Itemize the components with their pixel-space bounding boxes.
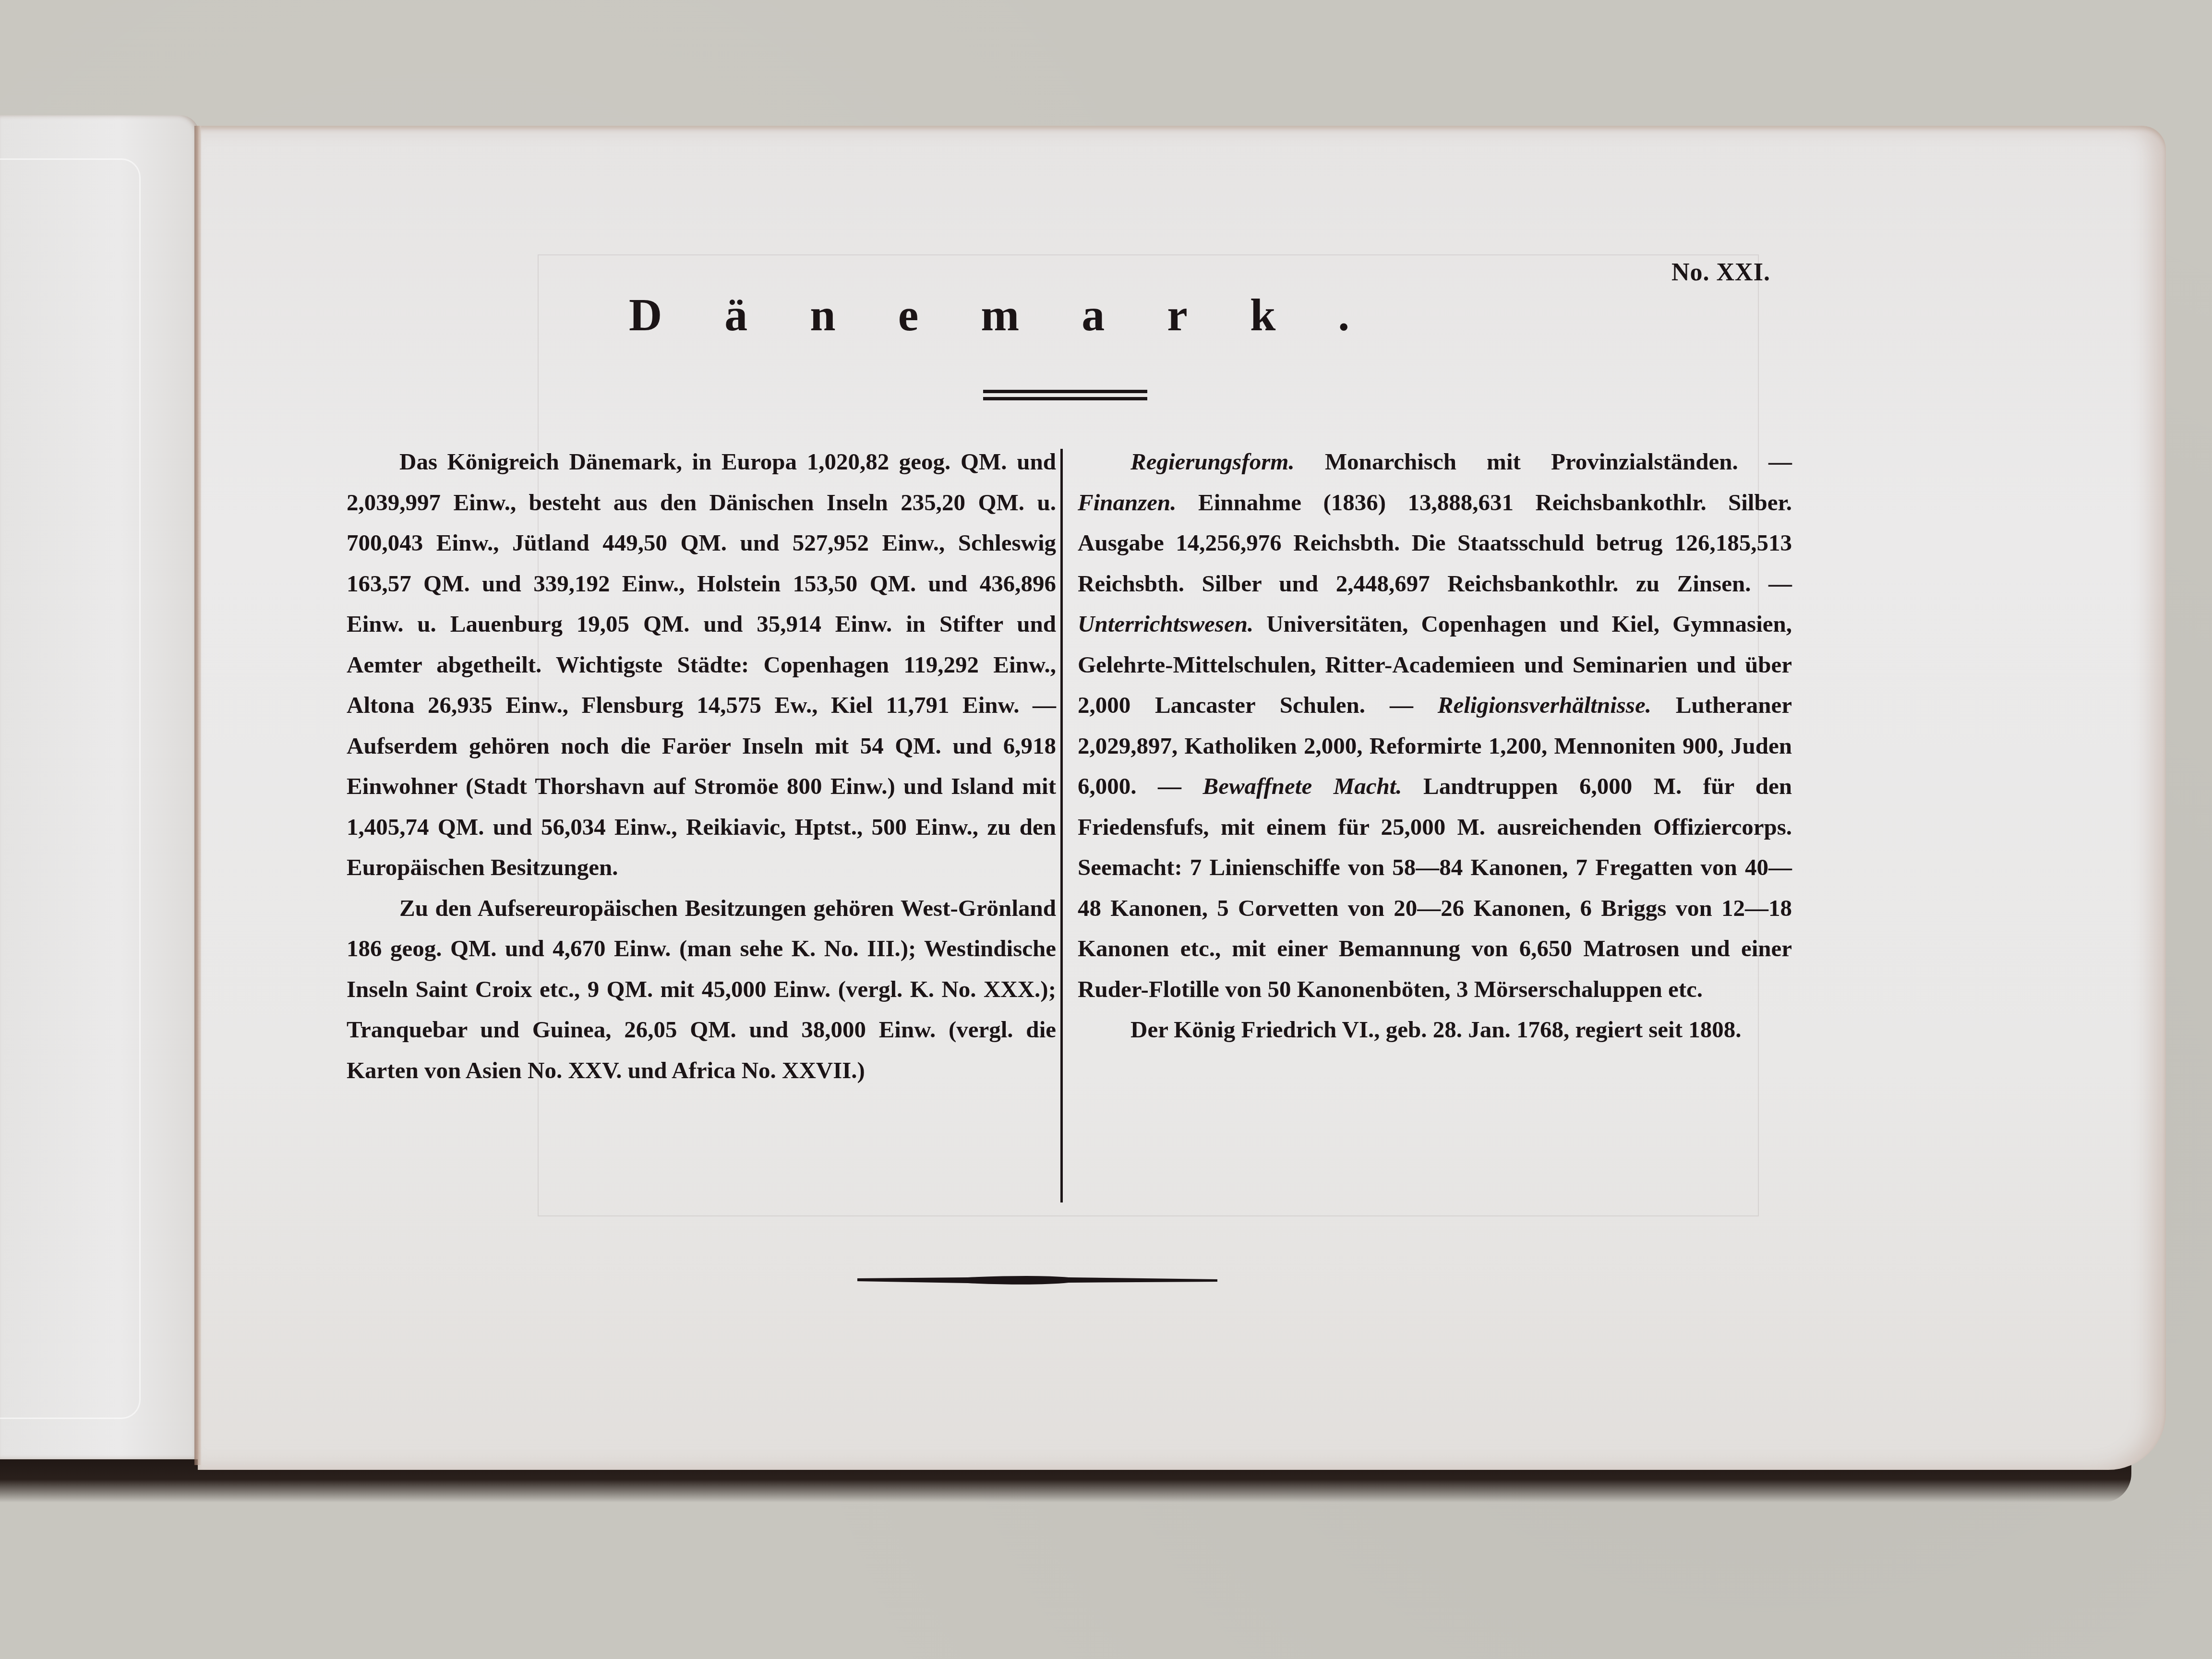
paragraph-state: Regierungsform. Monarchisch mit Provinzi… bbox=[1078, 442, 1792, 1010]
paragraph-king: Der König Friedrich VI., geb. 28. Jan. 1… bbox=[1078, 1010, 1792, 1050]
text-macht: Landtruppen 6,000 M. für den Friedensfuf… bbox=[1078, 773, 1792, 1002]
heading-religion: Religionsverhältnisse. bbox=[1438, 692, 1676, 718]
heading-unterricht: Unterrichtswesen. bbox=[1078, 611, 1266, 637]
left-text-column: Das Königreich Dänemark, in Europa 1,020… bbox=[347, 442, 1056, 1091]
left-flyleaf-page bbox=[0, 115, 199, 1459]
right-text-column: Regierungsform. Monarchisch mit Provinzi… bbox=[1078, 442, 1792, 1050]
text-regierungsform: Monarchisch mit Provinzialständen. — bbox=[1325, 448, 1792, 475]
flyleaf-emboss bbox=[0, 158, 141, 1419]
book-spine-gutter bbox=[194, 126, 201, 1465]
heading-macht: Bewaffnete Macht. bbox=[1202, 773, 1423, 799]
paragraph-overseas: Zu den Aufsereuropäischen Besitzungen ge… bbox=[347, 888, 1056, 1091]
heading-regierungsform: Regierungsform. bbox=[1130, 448, 1325, 475]
page-title: Dänemark. bbox=[629, 288, 1541, 341]
tapered-rule-ornament-icon bbox=[857, 1274, 1217, 1286]
column-divider bbox=[1060, 449, 1063, 1202]
plate-number: No. XXI. bbox=[1671, 258, 1770, 287]
heading-finanzen: Finanzen. bbox=[1078, 489, 1198, 516]
title-double-rule bbox=[983, 390, 1147, 400]
paragraph-europe: Das Königreich Dänemark, in Europa 1,020… bbox=[347, 442, 1056, 888]
